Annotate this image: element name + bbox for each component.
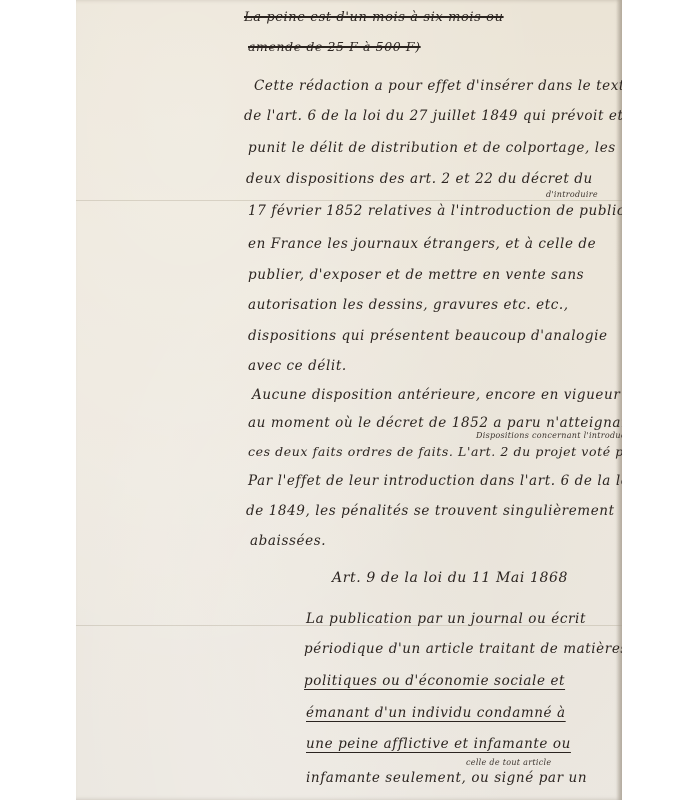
- text-line: punit le délit de distribution et de col…: [248, 140, 616, 156]
- section-heading: Art. 9 de la loi du 11 Mai 1868: [332, 570, 568, 586]
- insertion-note: Dispositions concernant l'introduction s…: [476, 431, 622, 440]
- text-line: infamante seulement, ou signé par un: [306, 770, 587, 786]
- struck-line-2: amende de 25 F à 500 F): [248, 39, 421, 54]
- text-line: dispositions qui présentent beaucoup d'a…: [248, 328, 608, 344]
- underlined-line: émanant d'un individu condamné à: [306, 705, 566, 721]
- paper-fold-line: [76, 200, 622, 201]
- struck-line-1: La peine est d'un mois à six mois ou: [244, 10, 504, 25]
- manuscript-page: La peine est d'un mois à six mois ou ame…: [76, 0, 622, 800]
- text-line: Par l'effet de leur introduction dans l'…: [248, 473, 622, 489]
- text-line: abaissées.: [250, 533, 326, 549]
- text-line: de l'art. 6 de la loi du 27 juillet 1849…: [244, 108, 622, 124]
- text-line: 17 février 1852 relatives à l'introducti…: [248, 203, 622, 219]
- text-line: Cette rédaction a pour effet d'insérer d…: [254, 78, 622, 94]
- text-line: autorisation les dessins, gravures etc. …: [248, 297, 569, 313]
- insertion-note: celle de tout article: [466, 758, 551, 767]
- text-line: de 1849, les pénalités se trouvent singu…: [246, 503, 615, 519]
- text-line: Aucune disposition antérieure, encore en…: [252, 387, 620, 403]
- text-line: La publication par un journal ou écrit: [306, 611, 586, 627]
- insertion-note: d'introduire: [546, 190, 598, 199]
- underlined-line: politiques ou d'économie sociale et: [304, 673, 565, 689]
- underlined-line: une peine afflictive et infamante ou: [306, 736, 571, 752]
- text-line: deux dispositions des art. 2 et 22 du dé…: [246, 171, 593, 187]
- text-line: ces deux faits ordres de faits. L'art. 2…: [248, 444, 622, 459]
- text-line: avec ce délit.: [248, 358, 347, 374]
- text-line: en France les journaux étrangers, et à c…: [248, 236, 596, 252]
- text-line: périodique d'un article traitant de mati…: [304, 641, 622, 657]
- text-line: publier, d'exposer et de mettre en vente…: [248, 267, 584, 283]
- text-line: au moment où le décret de 1852 a paru n'…: [248, 415, 622, 431]
